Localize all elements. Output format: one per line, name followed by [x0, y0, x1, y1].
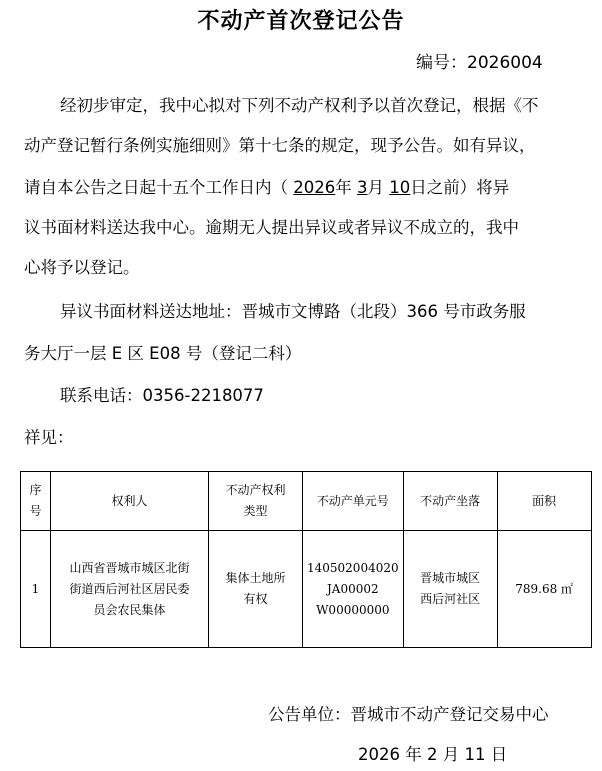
cell-location: 晋城市城区西后河社区 [403, 531, 497, 648]
notice-title: 不动产首次登记公告 [0, 4, 602, 35]
year-char: 年 [335, 178, 352, 197]
details-label: 祥见： [24, 424, 74, 448]
table-row: 1 山西省晋城市城区北街街道西后河社区居民委员会农民集体 集体土地所有权 140… [21, 531, 592, 648]
cell-area: 789.68 ㎡ [497, 531, 591, 648]
header-area: 面积 [497, 472, 591, 531]
table-header-row: 序号 权利人 不动产权利类型 不动产单元号 不动产坐落 面积 [21, 472, 592, 531]
doc-number-label: 编号： [416, 53, 467, 73]
paragraph1-line2: 动产登记暂行条例实施细则》第十七条的规定，现予公告。如有异议， [24, 132, 536, 156]
paragraph1-line3: 请自本公告之日起十五个工作日内（ 2026年 3月 10日之前）将异 [24, 174, 509, 198]
issue-date: 2026 年 2 月 11 日 [358, 741, 507, 765]
paragraph1-line5: 心将予以登记。 [24, 254, 140, 278]
address-line2: 务大厅一层 E 区 E08 号（登记二科） [24, 340, 301, 364]
line3-prefix: 请自本公告之日起十五个工作日内（ [24, 178, 293, 197]
header-seq: 序号 [21, 472, 51, 531]
registration-table: 序号 权利人 不动产权利类型 不动产单元号 不动产坐落 面积 1 山西省晋城市城… [20, 471, 592, 648]
paragraph1-line4: 议书面材料送达我中心。逾期无人提出异议或者异议不成立的，我中 [24, 214, 519, 238]
month-char: 月 [368, 178, 385, 197]
header-holder: 权利人 [51, 472, 209, 531]
cell-holder: 山西省晋城市城区北街街道西后河社区居民委员会农民集体 [51, 531, 209, 648]
header-unit-no: 不动产单元号 [303, 472, 404, 531]
deadline-month: 3 [357, 178, 368, 197]
doc-number: 编号：2026004 [416, 48, 543, 73]
issuing-unit: 公告单位：晋城市不动产登记交易中心 [268, 701, 549, 725]
address-line1: 异议书面材料送达地址：晋城市文博路（北段）366 号市政务服 [60, 298, 526, 322]
paragraph1-line1: 经初步审定，我中心拟对下列不动产权利予以首次登记，根据《不 [60, 92, 539, 116]
deadline-day: 10 [389, 178, 410, 197]
cell-unit-no: 140502004020JA00002W00000000 [303, 531, 404, 648]
cell-seq: 1 [21, 531, 51, 648]
contact-phone: 联系电话：0356-2218077 [60, 382, 264, 406]
cell-right-type: 集体土地所有权 [209, 531, 303, 648]
line3-suffix: 日之前）将异 [410, 178, 509, 197]
header-location: 不动产坐落 [403, 472, 497, 531]
doc-number-value: 2026004 [467, 53, 543, 73]
deadline-year: 2026 [293, 178, 335, 197]
header-right-type: 不动产权利类型 [209, 472, 303, 531]
